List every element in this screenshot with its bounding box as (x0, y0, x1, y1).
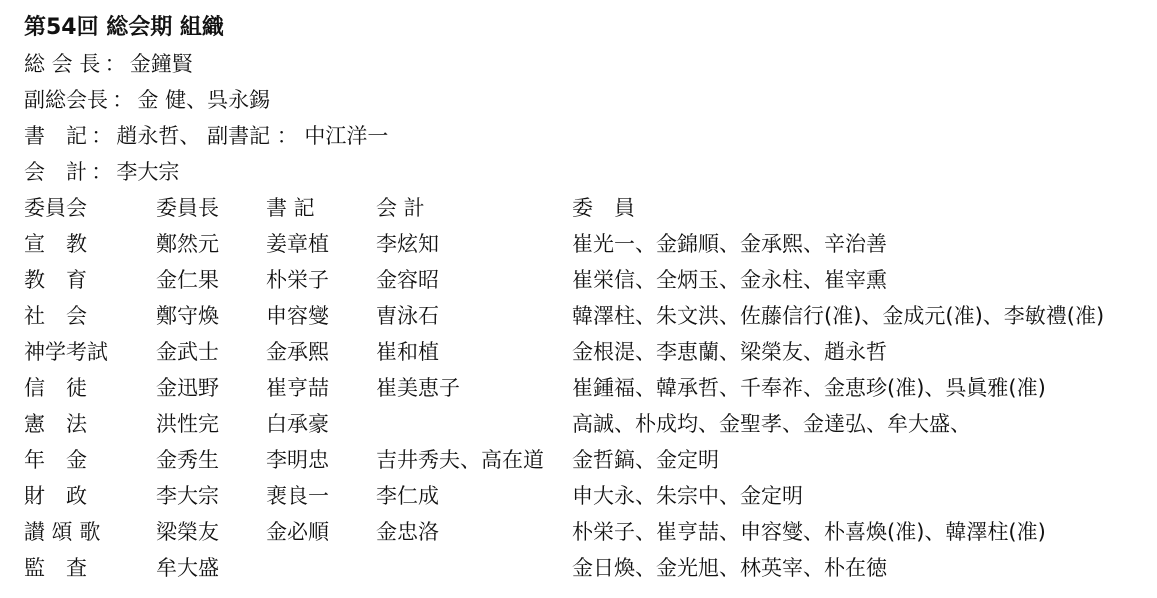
table-row: 財 政 李大宗 裵良一 李仁成 申大永、朱宗中、金定明 (24, 478, 1154, 514)
committee-secretary: 白承豪 (266, 406, 329, 442)
committee-members: 高誠、朴成均、金聖孝、金達弘、牟大盛、 (572, 406, 971, 442)
officer-separator: ： (100, 46, 129, 82)
committee-name: 讃 頌 歌 (24, 514, 100, 550)
table-row: 監 査 牟大盛 金日煥、金光旭、林英宰、朴在徳 (24, 550, 1154, 586)
table-row: 社 会 鄭守煥 申容燮 曺泳石 韓澤柱、朱文洪、佐藤信行(准)、金成元(准)、李… (24, 298, 1154, 334)
committee-name: 神学考試 (24, 334, 108, 370)
header-secretary: 書 記 (266, 190, 315, 226)
officer-separator: ： (108, 82, 137, 118)
committee-members: 金日煥、金光旭、林英宰、朴在徳 (572, 550, 887, 586)
officer-label: 総 会 長 (24, 46, 100, 82)
committee-chair: 梁榮友 (156, 514, 219, 550)
committee-members: 崔光一、金錦順、金承熙、辛治善 (572, 226, 887, 262)
officer-separator: ： (87, 154, 116, 190)
committee-members: 崔栄信、全炳玉、金永柱、崔宰熏 (572, 262, 887, 298)
committee-members: 崔鍾福、韓承哲、千奉祚、金恵珍(准)、呉眞雅(准) (572, 370, 1046, 406)
committee-members: 韓澤柱、朱文洪、佐藤信行(准)、金成元(准)、李敏禮(准) (572, 298, 1104, 334)
committee-secretary: 金承熙 (266, 334, 329, 370)
header-committee: 委員会 (24, 190, 87, 226)
header-treasurer: 会 計 (376, 190, 425, 226)
officer-label: 書 記 (24, 118, 87, 154)
committee-chair: 鄭然元 (156, 226, 219, 262)
officer-value: 金鐘賢 (130, 46, 193, 82)
committee-secretary: 李明忠 (266, 442, 329, 478)
committee-treasurer: 崔和植 (376, 334, 439, 370)
committee-members: 申大永、朱宗中、金定明 (572, 478, 803, 514)
committee-treasurer: 吉井秀夫、高在道 (376, 442, 544, 478)
table-header-row: 委員会 委員長 書 記 会 計 委 員 (24, 190, 1154, 226)
committee-chair: 李大宗 (156, 478, 219, 514)
committee-name: 年 金 (24, 442, 87, 478)
officer-value: 李大宗 (116, 154, 179, 190)
committee-name: 宣 教 (24, 226, 87, 262)
committee-name: 社 会 (24, 298, 87, 334)
officer-separator: ： (87, 118, 116, 154)
committee-members: 金根湜、李恵蘭、梁榮友、趙永哲 (572, 334, 887, 370)
committee-chair: 金迅野 (156, 370, 219, 406)
officer-label: 会 計 (24, 154, 87, 190)
officer-president: 総 会 長 ： 金鐘賢 (24, 46, 1154, 82)
officer-label: 副総会長 (24, 82, 108, 118)
committee-members: 朴栄子、崔亨喆、申容燮、朴喜煥(准)、韓澤柱(准) (572, 514, 1046, 550)
committee-name: 教 育 (24, 262, 87, 298)
officer-value: 金 健、呉永錫 (137, 82, 270, 118)
table-row: 年 金 金秀生 李明忠 吉井秀夫、高在道 金哲鎬、金定明 (24, 442, 1154, 478)
officer-secretary: 書 記 ： 趙永哲、 副書記 ： 中江洋一 (24, 118, 1154, 154)
table-row: 神学考試 金武士 金承熙 崔和植 金根湜、李恵蘭、梁榮友、趙永哲 (24, 334, 1154, 370)
officer-vice-president: 副総会長 ： 金 健、呉永錫 (24, 82, 1154, 118)
committee-chair: 洪性完 (156, 406, 219, 442)
officer-value: 趙永哲、 副書記 ： 中江洋一 (116, 118, 388, 154)
document-title: 第54回 総会期 組織 (24, 10, 1154, 46)
committee-chair: 金秀生 (156, 442, 219, 478)
committee-secretary: 朴栄子 (266, 262, 329, 298)
committee-chair: 鄭守煥 (156, 298, 219, 334)
header-members: 委 員 (572, 190, 635, 226)
committee-treasurer: 李仁成 (376, 478, 439, 514)
committee-name: 財 政 (24, 478, 87, 514)
header-chair: 委員長 (156, 190, 219, 226)
committee-name: 憲 法 (24, 406, 87, 442)
table-row: 讃 頌 歌 梁榮友 金必順 金忠洛 朴栄子、崔亨喆、申容燮、朴喜煥(准)、韓澤柱… (24, 514, 1154, 550)
committee-treasurer: 金容昭 (376, 262, 439, 298)
committee-secretary: 崔亨喆 (266, 370, 329, 406)
committee-secretary: 裵良一 (266, 478, 329, 514)
committee-treasurer: 崔美恵子 (376, 370, 460, 406)
committee-name: 監 査 (24, 550, 87, 586)
committee-secretary: 申容燮 (266, 298, 329, 334)
committee-name: 信 徒 (24, 370, 87, 406)
committee-treasurer: 曺泳石 (376, 298, 439, 334)
table-row: 憲 法 洪性完 白承豪 高誠、朴成均、金聖孝、金達弘、牟大盛、 (24, 406, 1154, 442)
committee-treasurer: 李炫知 (376, 226, 439, 262)
committee-chair: 金仁果 (156, 262, 219, 298)
committee-members: 金哲鎬、金定明 (572, 442, 719, 478)
table-row: 教 育 金仁果 朴栄子 金容昭 崔栄信、全炳玉、金永柱、崔宰熏 (24, 262, 1154, 298)
officer-treasurer: 会 計 ： 李大宗 (24, 154, 1154, 190)
committee-secretary: 金必順 (266, 514, 329, 550)
organization-document: 第54回 総会期 組織 総 会 長 ： 金鐘賢 副総会長 ： 金 健、呉永錫 書… (24, 10, 1154, 586)
table-row: 宣 教 鄭然元 姜章植 李炫知 崔光一、金錦順、金承熙、辛治善 (24, 226, 1154, 262)
committee-chair: 金武士 (156, 334, 219, 370)
committee-chair: 牟大盛 (156, 550, 219, 586)
committee-secretary: 姜章植 (266, 226, 329, 262)
committee-treasurer: 金忠洛 (376, 514, 439, 550)
table-row: 信 徒 金迅野 崔亨喆 崔美恵子 崔鍾福、韓承哲、千奉祚、金恵珍(准)、呉眞雅(… (24, 370, 1154, 406)
committee-table: 委員会 委員長 書 記 会 計 委 員 宣 教 鄭然元 姜章植 李炫知 崔光一、… (24, 190, 1154, 586)
